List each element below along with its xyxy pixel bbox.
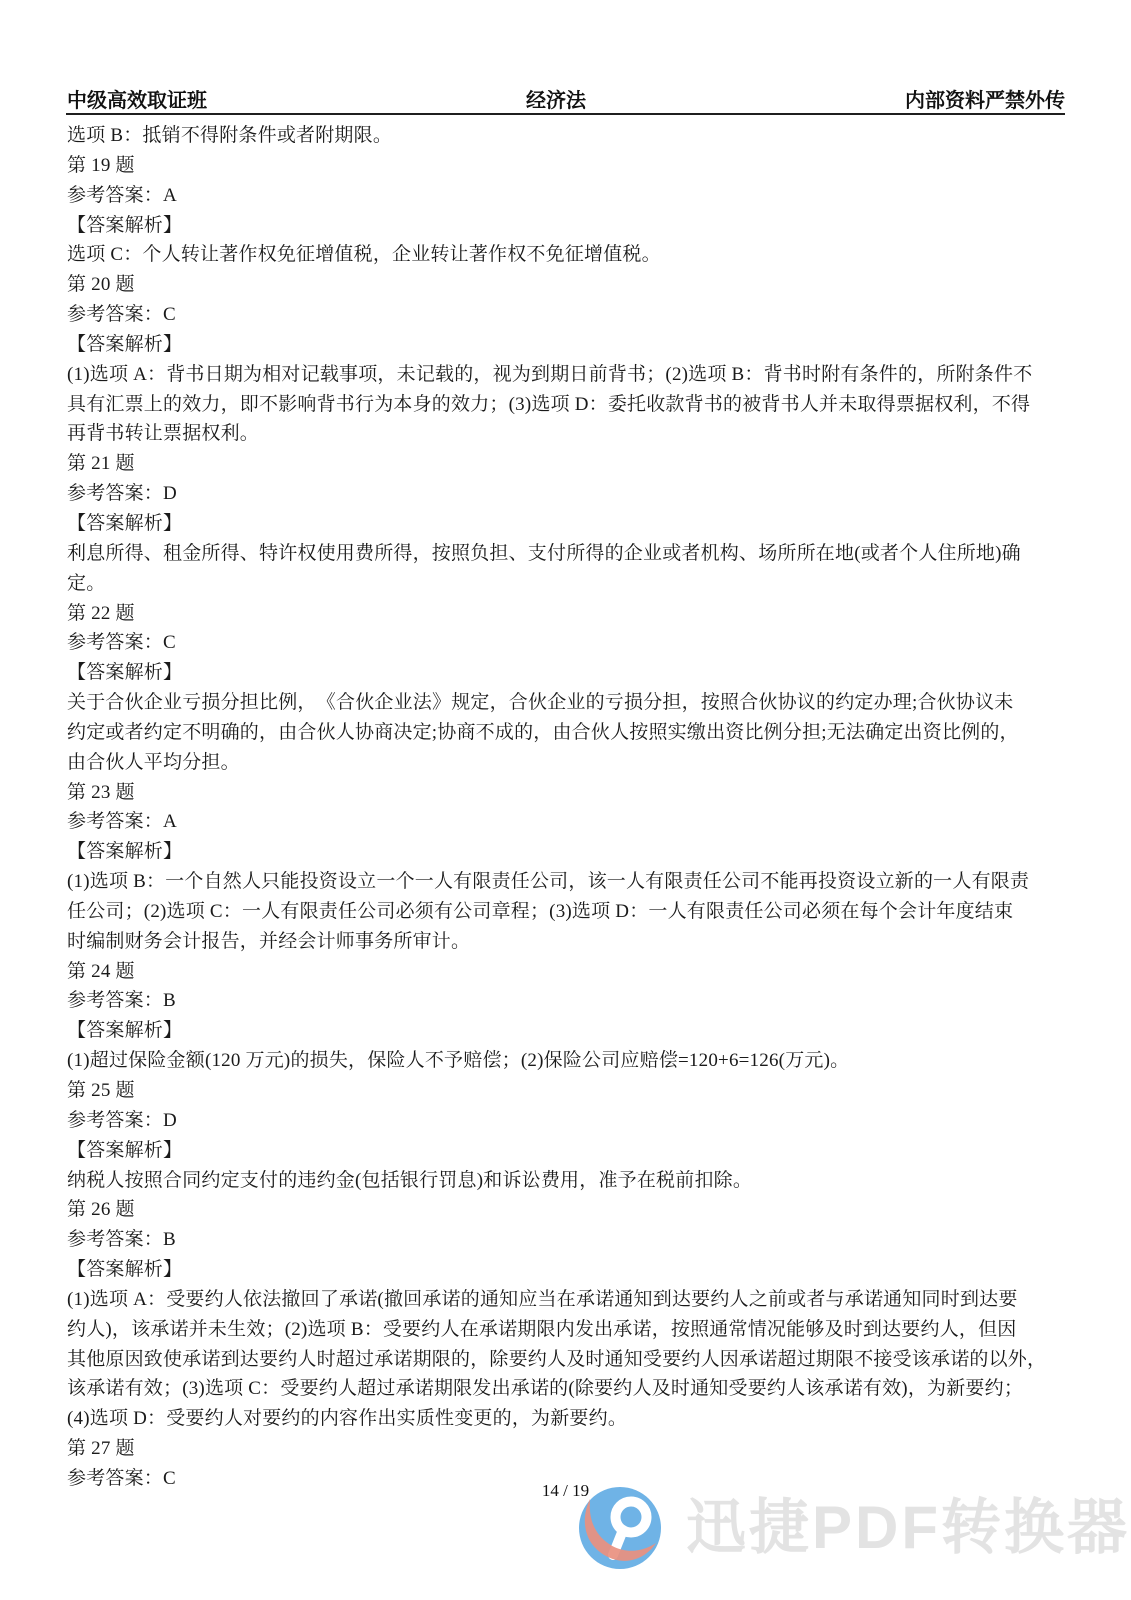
header-confidential-notice: 内部资料严禁外传 <box>905 84 1065 113</box>
text-line: 【答案解析】 <box>67 658 1069 688</box>
page-header: 中级高效取证班 经济法 内部资料严禁外传 <box>67 84 1065 113</box>
text-line: 选项 B：抵销不得附条件或者附期限。 <box>67 121 1069 151</box>
text-line: (1)选项 B：一个自然人只能投资设立一个一人有限责任公司，该一人有限责任公司不… <box>67 867 1069 897</box>
header-subject-title: 经济法 <box>526 84 586 113</box>
text-line: 【答案解析】 <box>67 330 1069 360</box>
text-line: 【答案解析】 <box>67 837 1069 867</box>
text-line: 第 26 题 <box>67 1195 1069 1225</box>
text-line: 参考答案：A <box>67 181 1069 211</box>
text-line: (1)选项 A：背书日期为相对记载事项，未记载的，视为到期日前背书；(2)选项 … <box>67 360 1069 390</box>
page-number: 14 / 19 <box>0 1481 1131 1501</box>
text-line: 任公司；(2)选项 C：一人有限责任公司必须有公司章程；(3)选项 D：一人有限… <box>67 897 1069 927</box>
text-line: 该承诺有效；(3)选项 C：受要约人超过承诺期限发出承诺的(除要约人及时通知受要… <box>67 1374 1069 1404</box>
text-line: 【答案解析】 <box>67 1136 1069 1166</box>
text-line: (4)选项 D：受要约人对要约的内容作出实质性变更的，为新要约。 <box>67 1404 1069 1434</box>
text-line: 第 23 题 <box>67 778 1069 808</box>
text-line: 其他原因致使承诺到达要约人时超过承诺期限的，除要约人及时通知受要约人因承诺超过期… <box>67 1345 1069 1375</box>
text-line: 【答案解析】 <box>67 509 1069 539</box>
text-line: 第 20 题 <box>67 270 1069 300</box>
text-line: 第 19 题 <box>67 151 1069 181</box>
header-course-title: 中级高效取证班 <box>67 84 207 113</box>
text-line: 【答案解析】 <box>67 211 1069 241</box>
text-line: 约人)，该承诺并未生效；(2)选项 B：受要约人在承诺期限内发出承诺，按照通常情… <box>67 1315 1069 1345</box>
text-line: (1)超过保险金额(120 万元)的损失，保险人不予赔偿；(2)保险公司应赔偿=… <box>67 1046 1069 1076</box>
text-line: 【答案解析】 <box>67 1016 1069 1046</box>
text-line: 选项 C：个人转让著作权免征增值税，企业转让著作权不免征增值税。 <box>67 240 1069 270</box>
header-divider-rule <box>66 113 1065 115</box>
text-line: 利息所得、租金所得、特许权使用费所得，按照负担、支付所得的企业或者机构、场所所在… <box>67 539 1069 569</box>
text-line: 参考答案：B <box>67 986 1069 1016</box>
text-line: 参考答案：D <box>67 479 1069 509</box>
text-line: 【答案解析】 <box>67 1255 1069 1285</box>
text-line: 纳税人按照合同约定支付的违约金(包括银行罚息)和诉讼费用，准予在税前扣除。 <box>67 1166 1069 1196</box>
document-page: 中级高效取证班 经济法 内部资料严禁外传 选项 B：抵销不得附条件或者附期限。第… <box>0 0 1131 1600</box>
text-line: (1)选项 A：受要约人依法撤回了承诺(撤回承诺的通知应当在承诺通知到达要约人之… <box>67 1285 1069 1315</box>
text-line: 参考答案：C <box>67 628 1069 658</box>
text-line: 参考答案：D <box>67 1106 1069 1136</box>
text-line: 约定或者约定不明确的，由合伙人协商决定;协商不成的，由合伙人按照实缴出资比例分担… <box>67 718 1069 748</box>
text-line: 具有汇票上的效力，即不影响背书行为本身的效力；(3)选项 D：委托收款背书的被背… <box>67 390 1069 420</box>
text-line: 再背书转让票据权利。 <box>67 419 1069 449</box>
text-line: 由合伙人平均分担。 <box>67 748 1069 778</box>
text-line: 第 21 题 <box>67 449 1069 479</box>
text-line: 参考答案：A <box>67 807 1069 837</box>
text-line: 参考答案：B <box>67 1225 1069 1255</box>
document-body: 选项 B：抵销不得附条件或者附期限。第 19 题参考答案：A【答案解析】选项 C… <box>67 121 1069 1494</box>
text-line: 第 24 题 <box>67 957 1069 987</box>
text-line: 第 22 题 <box>67 599 1069 629</box>
text-line: 关于合伙企业亏损分担比例， 《合伙企业法》规定，合伙企业的亏损分担，按照合伙协议… <box>67 688 1069 718</box>
text-line: 第 27 题 <box>67 1434 1069 1464</box>
text-line: 定。 <box>67 569 1069 599</box>
text-line: 时编制财务会计报告，并经会计师事务所审计。 <box>67 927 1069 957</box>
text-line: 第 25 题 <box>67 1076 1069 1106</box>
text-line: 参考答案：C <box>67 300 1069 330</box>
